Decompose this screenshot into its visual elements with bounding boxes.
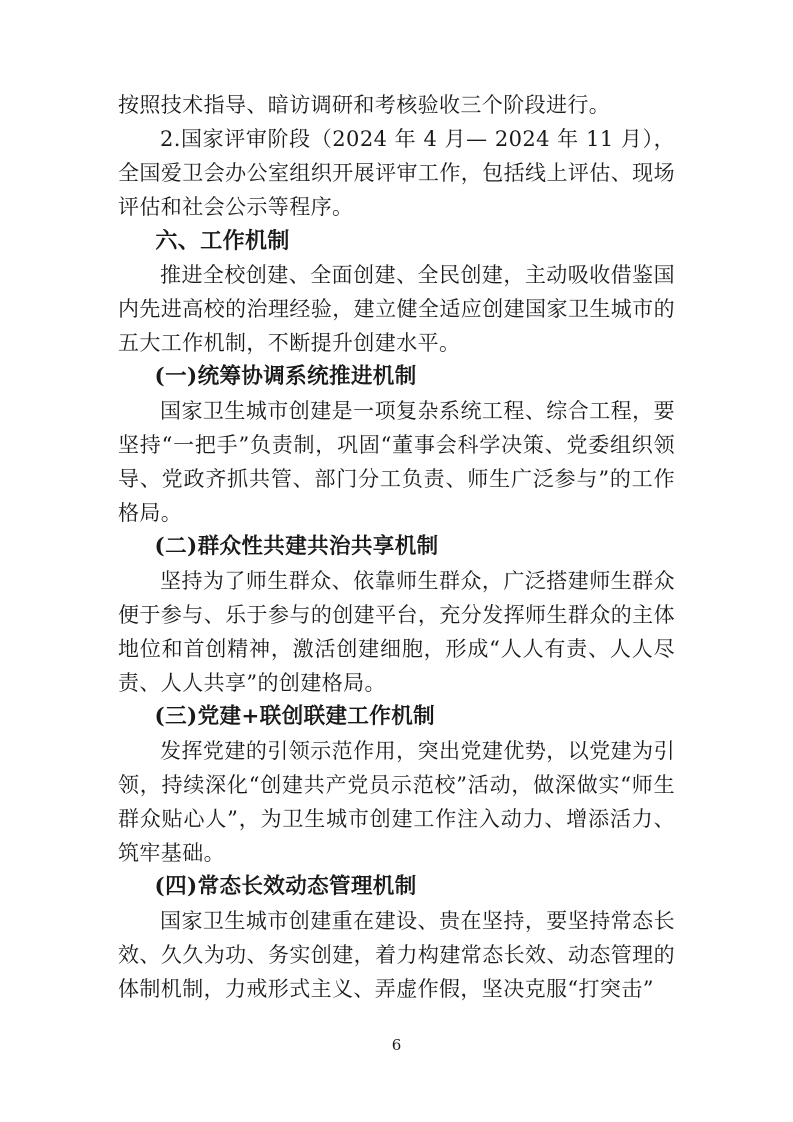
paragraph-national-review-stage: 2.国家评审阶段（2024 年 4 月— 2024 年 11 月），全国爱卫会办…: [118, 122, 675, 224]
document-page: 按照技术指导、暗访调研和考核验收三个阶段进行。 2.国家评审阶段（2024 年 …: [0, 0, 793, 1122]
paragraph-mass-participation-mechanism: 坚持为了师生群众、依靠师生群众，广泛搭建师生群众便于参与、乐于参与的创建平台，充…: [118, 564, 675, 700]
paragraph-work-mechanism-intro: 推进全校创建、全面创建、全民创建，主动吸收借鉴国内先进高校的治理经验，建立健全适…: [118, 258, 675, 360]
document-content: 按照技术指导、暗访调研和考核验收三个阶段进行。 2.国家评审阶段（2024 年 …: [118, 88, 675, 1006]
paragraph-coordination-mechanism: 国家卫生城市创建是一项复杂系统工程、综合工程，要坚持“一把手”负责制，巩固“董事…: [118, 394, 675, 530]
subsection-heading-2-mass-participation: (二)群众性共建共治共享机制: [118, 530, 675, 564]
subsection-heading-1-coordination: (一)统筹协调系统推进机制: [118, 360, 675, 394]
subsection-heading-4-long-term-management: (四)常态长效动态管理机制: [118, 870, 675, 904]
paragraph-long-term-management-mechanism: 国家卫生城市创建重在建设、贵在坚持，要坚持常态长效、久久为功、务实创建，着力构建…: [118, 904, 675, 1006]
subsection-heading-3-party-building: (三)党建+联创联建工作机制: [118, 700, 675, 734]
section-heading-work-mechanism: 六、工作机制: [118, 224, 675, 258]
paragraph-party-building-mechanism: 发挥党建的引领示范作用，突出党建优势，以党建为引领，持续深化“创建共产党员示范校…: [118, 734, 675, 870]
page-number: 6: [0, 1036, 793, 1054]
paragraph-stage-continuation: 按照技术指导、暗访调研和考核验收三个阶段进行。: [118, 88, 675, 122]
